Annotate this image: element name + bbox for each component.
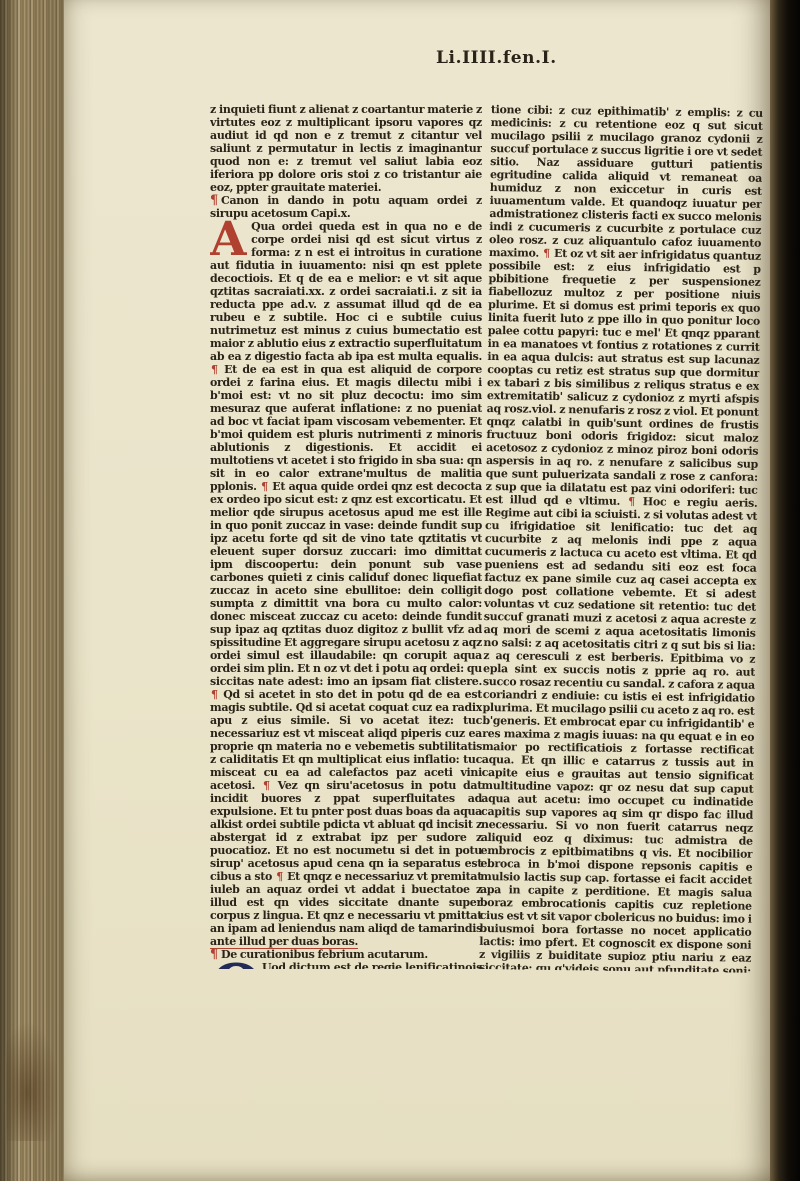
initial-q: Qq (210, 963, 257, 969)
initial-q-letter: Q (210, 952, 262, 969)
chapter-quod-dictum: QqUod dictum est de regie lenificatinois… (210, 961, 482, 969)
text-block: z inquieti fiunt z alienat z coartantur … (210, 103, 772, 969)
initial-a: A (210, 221, 246, 258)
right-column-text: tione cibi: z cuz epithimatib' z emplis:… (479, 103, 763, 973)
rubric-canon-text: Canon in dando in potu aquam ordei z sir… (210, 194, 482, 220)
paragraph-continuation: z inquieti fiunt z alienat z coartantur … (210, 103, 482, 194)
text-column-left: z inquieti fiunt z alienat z coartantur … (210, 103, 482, 969)
running-header: Li.IIII.fen.I. (436, 48, 557, 68)
text-column-right: tione cibi: z cuz epithimatib' z emplis:… (479, 103, 763, 973)
chapter-rubric-canon: ¶Canon in dando in potu aquam ordei z si… (210, 194, 482, 220)
page-right-edge-shadow (770, 0, 800, 1181)
chapter-aqua-ordei: AQua ordei queda est in qua no e de corp… (210, 220, 482, 948)
chapter-aqua-text: Qua ordei queda est in qua no e de corpe… (210, 220, 482, 935)
chapter-aqua-underlined-phrase: ante illud per duas boras. (210, 935, 358, 949)
book-page: Li.IIII.fen.I. z inquieti fiunt z aliena… (64, 0, 770, 1181)
pilcrow-icon: ¶ (210, 193, 221, 208)
